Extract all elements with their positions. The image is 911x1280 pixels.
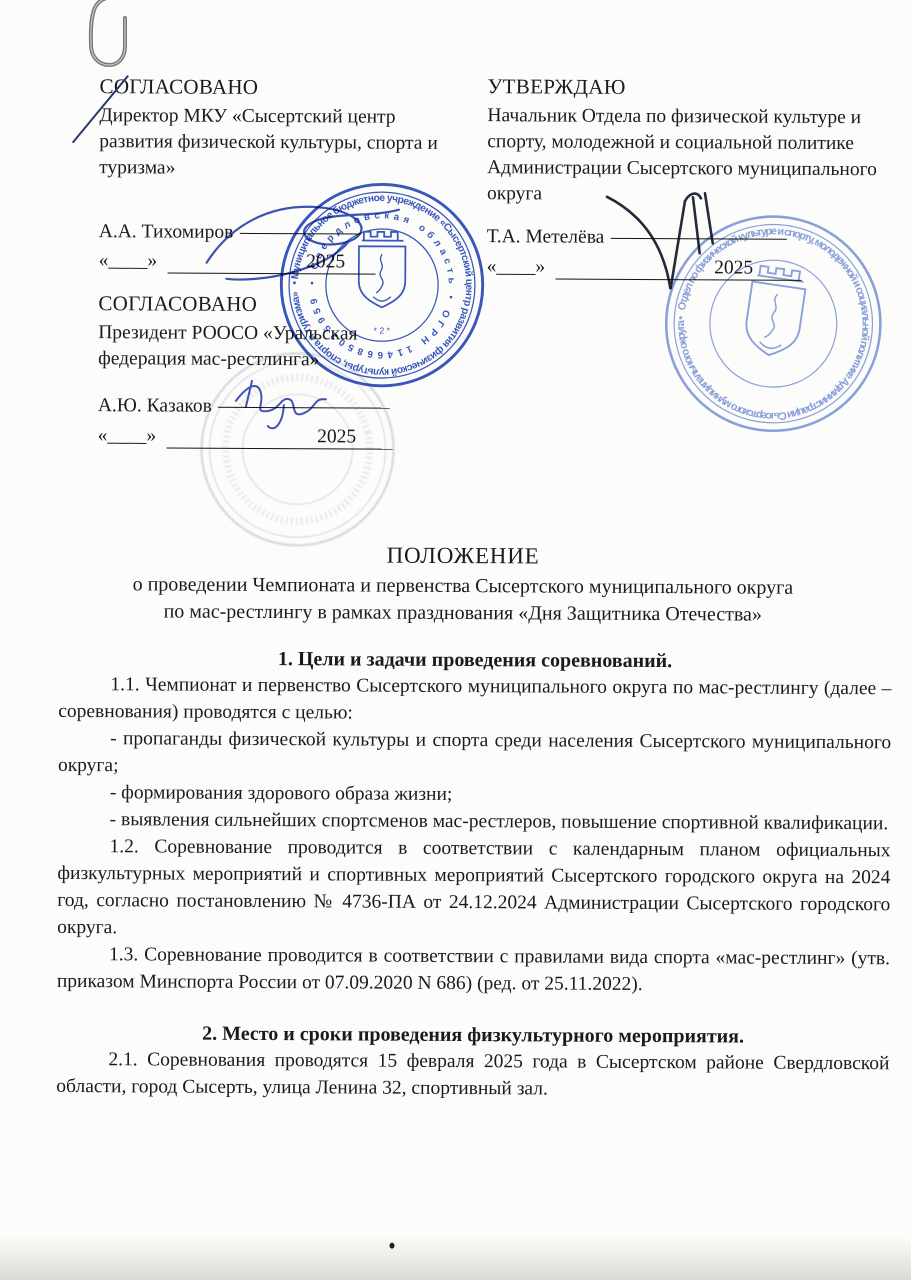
approval-org: Директор МКУ «Сысертский центр развития … [99,103,455,183]
section-2-heading: 2. Место и сроки проведения физкультурно… [57,1022,890,1049]
paragraph-2-1: 2.1. Соревнования проводятся 15 февраля … [56,1046,889,1104]
document-title-block: ПОЛОЖЕНИЕ о проведении Чемпионата и перв… [35,541,891,629]
document-body: 1. Цели и задачи проведения соревнований… [56,647,891,1104]
signature-kazakov [226,371,351,442]
signature-tikhomirov [198,187,409,288]
day-placeholder: «____» [99,250,158,272]
paperclip-icon [78,0,153,74]
document-subtitle-line2: по мас-рестлингу в рамках празднования «… [35,598,891,629]
paragraph-1-2: 1.2. Соревнование проводится в соответст… [57,833,891,945]
signer-name: Т.А. Метелёва [487,226,605,249]
approval-block-left-top: СОГЛАСОВАНО Директор МКУ «Сысертский цен… [99,74,456,183]
paragraph-dash-2: - формирования здорового образа жизни; [58,779,891,810]
section-1-heading: 1. Цели и задачи проведения соревнований… [58,647,891,674]
document-content: СОГЛАСОВАНО Директор МКУ «Сысертский цен… [0,0,911,1280]
approval-label: СОГЛАСОВАНО [99,74,455,101]
pen-slash-mark [69,70,139,145]
paragraph-dash-3: - выявления сильнейших спортсменов мас-р… [58,806,891,837]
signature-metelyova [594,183,765,299]
document-title: ПОЛОЖЕНИЕ [35,541,891,571]
paragraph-1-1: 1.1. Чемпионат и первенство Сысертского … [58,671,891,729]
day-placeholder: «____» [98,425,157,447]
stamp-bottom-mark: * 2 * [374,325,391,335]
approval-label: УТВЕРЖДАЮ [487,74,899,101]
scanned-document-page: СОГЛАСОВАНО Директор МКУ «Сысертский цен… [0,0,911,1280]
day-placeholder: «____» [487,256,546,278]
ink-dot [389,1243,394,1249]
paragraph-dash-1: - пропаганды физической культуры и спорт… [58,725,891,783]
paragraph-1-3: 1.3. Соревнование проводится в соответст… [57,941,890,999]
